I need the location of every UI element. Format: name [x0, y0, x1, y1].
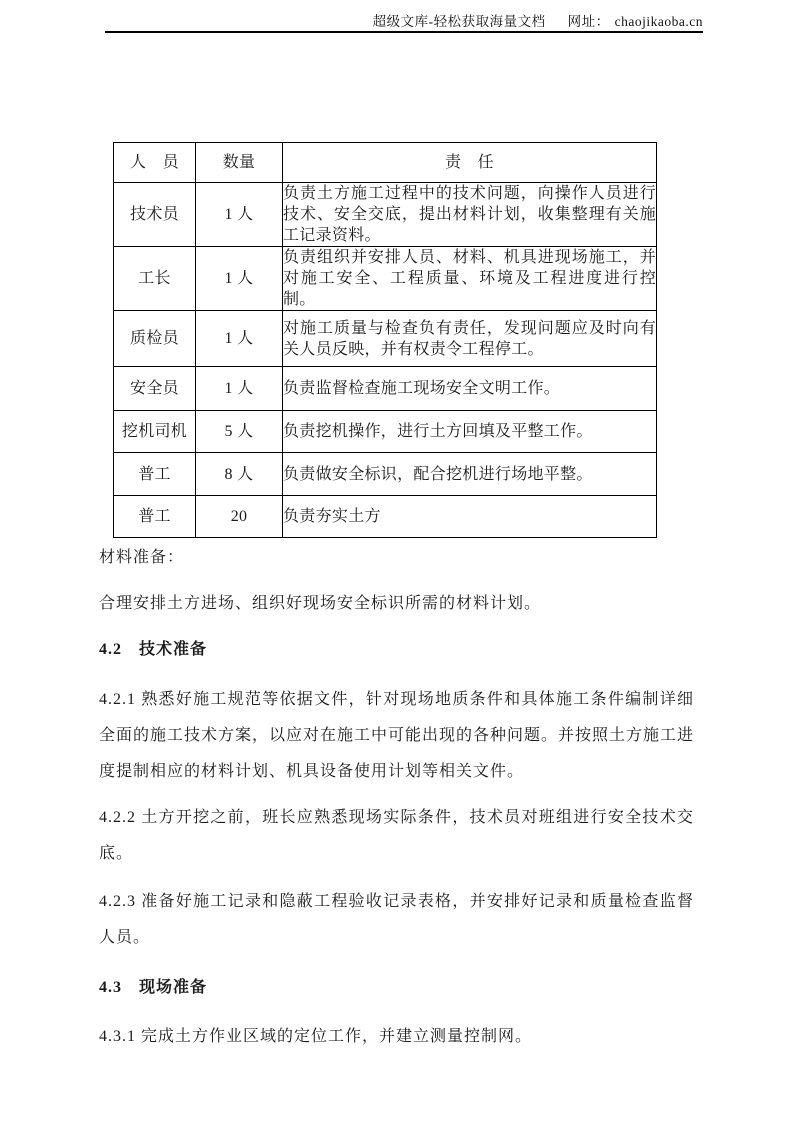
duty-cell: 负责挖机操作，进行土方回填及平整工作。: [283, 411, 657, 453]
material-prep-text: 合理安排土方进场、组织好现场安全标识所需的材料计划。: [99, 586, 694, 622]
table-row: 普工 8 人 负责做安全标识，配合挖机进行场地平整。: [114, 453, 657, 496]
personnel-cell: 技术员: [114, 183, 196, 247]
para-4-2-3: 4.2.3 准备好施工记录和隐蔽工程验收记录表格，并安排好记录和质量检查监督人员…: [99, 884, 694, 956]
table-row: 挖机司机 5 人 负责挖机操作，进行土方回填及平整工作。: [114, 411, 657, 453]
para-4-2-2: 4.2.2 土方开挖之前，班长应熟悉现场实际条件，技术员对班组进行安全技术交底。: [99, 800, 694, 872]
para-4-2-1: 4.2.1 熟悉好施工规范等依据文件，针对现场地质条件和具体施工条件编制详细全面…: [99, 682, 694, 790]
personnel-table: 人 员 数量 责 任 技术员 1 人 负责土方施工过程中的技术问题，向操作人员进…: [113, 142, 657, 538]
quantity-cell: 8 人: [196, 453, 283, 496]
quantity-cell: 20: [196, 496, 283, 538]
personnel-cell: 质检员: [114, 311, 196, 367]
quantity-cell: 1 人: [196, 183, 283, 247]
section-4-2-heading: 4.2 技术准备: [99, 632, 694, 668]
section-4-3-heading: 4.3 现场准备: [99, 970, 694, 1006]
site-header-text: 超级文库-轻松获取海量文档网址：chaojikaoba.cn: [373, 10, 703, 30]
table-row: 质检员 1 人 对施工质量与检查负有责任，发现问题应及时向有关人员反映，并有权责…: [114, 311, 657, 367]
table-header-row: 人 员 数量 责 任: [114, 143, 657, 183]
duty-cell: 负责夯实土方: [283, 496, 657, 538]
duty-cell: 负责做安全标识，配合挖机进行场地平整。: [283, 453, 657, 496]
site-header: 超级文库-轻松获取海量文档网址：chaojikaoba.cn: [0, 0, 793, 33]
duty-cell: 负责组织并安排人员、材料、机具进现场施工，并对施工安全、工程质量、环境及工程进度…: [283, 247, 657, 311]
personnel-cell: 安全员: [114, 367, 196, 411]
document-page: 超级文库-轻松获取海量文档网址：chaojikaoba.cn 人 员 数量 责 …: [0, 0, 793, 1122]
col-header-personnel: 人 员: [114, 143, 196, 183]
para-4-3-1: 4.3.1 完成土方作业区域的定位工作，并建立测量控制网。: [99, 1019, 694, 1055]
material-prep-label: 材料准备：: [99, 540, 694, 576]
duty-cell: 负责土方施工过程中的技术问题，向操作人员进行技术、安全交底，提出材料计划，收集整…: [283, 183, 657, 247]
quantity-cell: 1 人: [196, 367, 283, 411]
document-content: 人 员 数量 责 任 技术员 1 人 负责土方施工过程中的技术问题，向操作人员进…: [99, 33, 694, 1055]
duty-cell: 对施工质量与检查负有责任，发现问题应及时向有关人员反映，并有权责令工程停工。: [283, 311, 657, 367]
site-url-label: 网址：: [568, 14, 610, 29]
personnel-cell: 挖机司机: [114, 411, 196, 453]
col-header-duty: 责 任: [283, 143, 657, 183]
personnel-cell: 普工: [114, 496, 196, 538]
table-row: 技术员 1 人 负责土方施工过程中的技术问题，向操作人员进行技术、安全交底，提出…: [114, 183, 657, 247]
table-row: 工长 1 人 负责组织并安排人员、材料、机具进现场施工，并对施工安全、工程质量、…: [114, 247, 657, 311]
quantity-cell: 5 人: [196, 411, 283, 453]
personnel-cell: 普工: [114, 453, 196, 496]
site-url: chaojikaoba.cn: [615, 14, 703, 29]
personnel-cell: 工长: [114, 247, 196, 311]
quantity-cell: 1 人: [196, 247, 283, 311]
table-row: 安全员 1 人 负责监督检查施工现场安全文明工作。: [114, 367, 657, 411]
brand-text: 超级文库-轻松获取海量文档: [373, 14, 546, 29]
duty-cell: 负责监督检查施工现场安全文明工作。: [283, 367, 657, 411]
table-row: 普工 20 负责夯实土方: [114, 496, 657, 538]
col-header-quantity: 数量: [196, 143, 283, 183]
quantity-cell: 1 人: [196, 311, 283, 367]
